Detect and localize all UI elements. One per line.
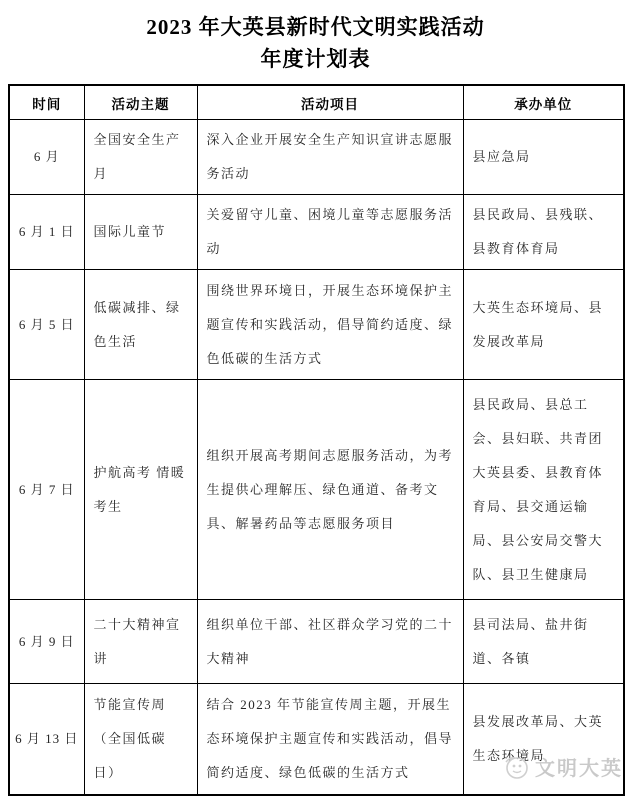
cell-time: 6 月 9 日 [9,600,84,684]
cell-organizer: 县应急局 [463,120,624,195]
cell-project: 组织单位干部、社区群众学习党的二十大精神 [197,600,463,684]
cell-project: 深入企业开展安全生产知识宣讲志愿服务活动 [197,120,463,195]
title-line-2: 年度计划表 [261,47,371,71]
cell-theme: 国际儿童节 [84,195,197,270]
cell-time: 6 月 [9,120,84,195]
cell-project: 结合 2023 年节能宣传周主题，开展生态环境保护主题宣传和实践活动，倡导简约适… [197,684,463,795]
table-row: 6 月 7 日 护航高考 情暖考生 组织开展高考期间志愿服务活动，为考生提供心理… [9,380,624,600]
title-line-1: 2023 年大英县新时代文明实践活动 [146,15,484,39]
header-organizer: 承办单位 [463,85,624,120]
table-row: 6 月 5 日 低碳减排、绿色生活 围绕世界环境日，开展生态环境保护主题宣传和实… [9,270,624,380]
cell-project: 关爱留守儿童、困境儿童等志愿服务活动 [197,195,463,270]
cell-organizer: 县民政局、县总工会、县妇联、共青团大英县委、县教育体育局、县交通运输局、县公安局… [463,380,624,600]
header-time: 时间 [9,85,84,120]
cell-time: 6 月 1 日 [9,195,84,270]
table-row: 6 月 全国安全生产月 深入企业开展安全生产知识宣讲志愿服务活动 县应急局 [9,120,624,195]
cell-organizer: 县司法局、盐井街道、各镇 [463,600,624,684]
cell-organizer: 大英生态环境局、县发展改革局 [463,270,624,380]
header-row: 时间 活动主题 活动项目 承办单位 [9,85,624,120]
cell-project: 围绕世界环境日，开展生态环境保护主题宣传和实践活动，倡导简约适度、绿色低碳的生活… [197,270,463,380]
cell-theme: 二十大精神宣讲 [84,600,197,684]
cell-theme: 全国安全生产月 [84,120,197,195]
table-row: 6 月 9 日 二十大精神宣讲 组织单位干部、社区群众学习党的二十大精神 县司法… [9,600,624,684]
cell-organizer: 县民政局、县残联、县教育体育局 [463,195,624,270]
cell-theme: 低碳减排、绿色生活 [84,270,197,380]
header-project: 活动项目 [197,85,463,120]
plan-table: 时间 活动主题 活动项目 承办单位 6 月 全国安全生产月 深入企业开展安全生产… [8,84,625,796]
cell-time: 6 月 7 日 [9,380,84,600]
cell-theme: 节能宣传周（全国低碳日） [84,684,197,795]
table-row: 6 月 1 日 国际儿童节 关爱留守儿童、困境儿童等志愿服务活动 县民政局、县残… [9,195,624,270]
cell-time: 6 月 13 日 [9,684,84,795]
cell-project: 组织开展高考期间志愿服务活动，为考生提供心理解压、绿色通道、备考文具、解暑药品等… [197,380,463,600]
table-row: 6 月 13 日 节能宣传周（全国低碳日） 结合 2023 年节能宣传周主题，开… [9,684,624,795]
header-theme: 活动主题 [84,85,197,120]
cell-theme: 护航高考 情暖考生 [84,380,197,600]
cell-organizer: 县发展改革局、大英生态环境局 [463,684,624,795]
cell-time: 6 月 5 日 [9,270,84,380]
page-title: 2023 年大英县新时代文明实践活动 年度计划表 [0,0,631,75]
